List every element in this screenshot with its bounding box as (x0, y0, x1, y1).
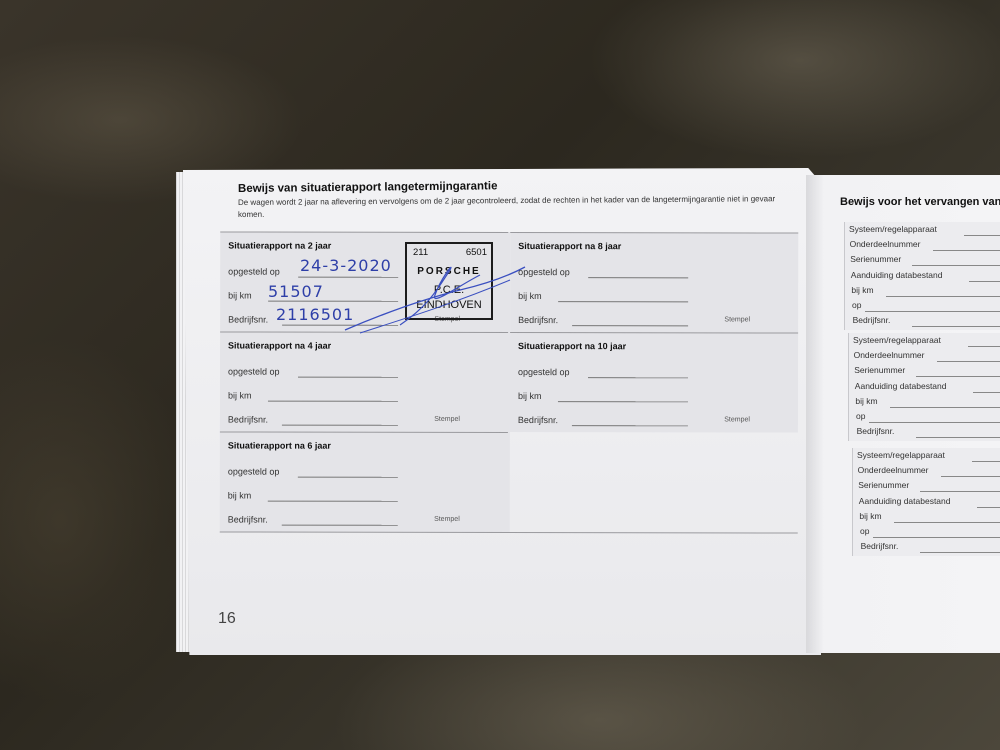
replacement-field-label: bij km (855, 396, 877, 406)
date-label: opgesteld op (228, 267, 280, 277)
handwritten-company-no: 2116501 (276, 305, 354, 324)
replacement-field-label: Serienummer (858, 480, 909, 490)
report-grid: Situatierapport na 2 jaaropgesteld opbij… (220, 231, 799, 532)
date-label: opgesteld op (228, 467, 280, 477)
km-label: bij km (518, 291, 542, 301)
km-field[interactable] (558, 301, 688, 302)
report-heading: Situatierapport na 10 jaar (518, 341, 626, 351)
replacement-field-label: Onderdeelnummer (858, 465, 929, 475)
replacement-field[interactable] (973, 392, 1000, 393)
replacement-field[interactable] (972, 461, 1000, 462)
replacement-field[interactable] (916, 376, 1000, 377)
date-field[interactable] (298, 377, 398, 378)
date-label: opgesteld op (518, 367, 570, 377)
replacement-field[interactable] (912, 326, 1000, 327)
company-field[interactable] (282, 425, 398, 426)
date-field[interactable] (588, 277, 688, 278)
replacement-field[interactable] (890, 407, 1000, 408)
stamp-line1: P.C.E. (407, 284, 491, 296)
company-field[interactable] (572, 325, 688, 326)
replacement-block: Systeem/regelapparaatOnderdeelnummerSeri… (852, 448, 1000, 556)
replacement-field-label: op (852, 300, 861, 310)
company-label: Bedrijfsnr. (518, 315, 558, 325)
replacement-field-label: bij km (851, 285, 873, 295)
replacement-field[interactable] (941, 476, 1000, 477)
stamp-brand: PORSCHE (407, 266, 491, 277)
replacement-field-label: Aanduiding databestand (851, 270, 943, 280)
company-label: Bedrijfsnr. (228, 515, 268, 525)
replacement-field-label: Systeem/regelapparaat (849, 224, 937, 234)
replacement-field-label: Bedrijfsnr. (861, 541, 899, 551)
page-number: 16 (218, 610, 236, 628)
replacement-field-label: Aanduiding databestand (859, 496, 951, 506)
replacement-field[interactable] (969, 281, 1000, 282)
replacement-field-label: Systeem/regelapparaat (857, 450, 945, 460)
date-field[interactable] (298, 477, 398, 478)
company-field[interactable] (282, 325, 398, 326)
km-field[interactable] (268, 501, 398, 502)
stamp-label: Stempel (724, 416, 750, 423)
replacement-field[interactable] (916, 437, 1000, 438)
date-label: opgesteld op (228, 367, 280, 377)
replacement-field[interactable] (977, 507, 1000, 508)
replacement-field[interactable] (964, 235, 1000, 236)
replacement-field-label: bij km (859, 511, 881, 521)
replacement-field[interactable] (920, 491, 1000, 492)
replacement-field-label: Bedrijfsnr. (853, 315, 891, 325)
km-label: bij km (228, 491, 252, 501)
replacement-field-label: Aanduiding databestand (855, 381, 947, 391)
replacement-field[interactable] (894, 522, 1000, 523)
replacement-field-label: Serienummer (854, 365, 905, 375)
replacement-field[interactable] (920, 552, 1000, 553)
right-page-title: Bewijs voor het vervangen van r (840, 196, 1000, 208)
km-label: bij km (228, 391, 252, 401)
replacement-field[interactable] (869, 422, 1000, 423)
replacement-field[interactable] (937, 361, 1000, 362)
report-cell: Situatierapport na 4 jaaropgesteld opbij… (220, 331, 508, 431)
report-heading: Situatierapport na 4 jaar (228, 341, 331, 351)
report-heading: Situatierapport na 2 jaar (228, 241, 331, 251)
stamp-label: Stempel (434, 516, 460, 523)
replacement-field-label: op (856, 411, 865, 421)
replacement-block: Systeem/regelapparaatOnderdeelnummerSeri… (844, 222, 1000, 330)
dealer-stamp: 211 6501 PORSCHE P.C.E. EINDHOVEN (405, 242, 493, 320)
report-cell: Situatierapport na 8 jaaropgesteld opbij… (510, 232, 798, 332)
replacement-block: Systeem/regelapparaatOnderdeelnummerSeri… (848, 333, 1000, 441)
replacement-field-label: Onderdeelnummer (854, 350, 925, 360)
replacement-field-label: op (860, 526, 869, 536)
stamp-code-right: 6501 (466, 247, 487, 258)
report-cell: Situatierapport na 10 jaaropgesteld opbi… (510, 332, 798, 432)
replacement-field[interactable] (968, 346, 1000, 347)
km-label: bij km (518, 391, 542, 401)
replacement-field-label: Onderdeelnummer (850, 239, 921, 249)
handwritten-km: 51507 (268, 282, 324, 301)
replacement-field[interactable] (865, 311, 1000, 312)
replacement-field-label: Serienummer (850, 254, 901, 264)
replacement-field[interactable] (873, 537, 1000, 538)
stamp-label: Stempel (434, 416, 460, 423)
date-field[interactable] (298, 277, 398, 278)
date-label: opgesteld op (518, 267, 570, 277)
report-heading: Situatierapport na 6 jaar (228, 441, 331, 451)
replacement-field-label: Bedrijfsnr. (857, 426, 895, 436)
replacement-field[interactable] (933, 250, 1000, 251)
report-heading: Situatierapport na 8 jaar (518, 241, 621, 251)
report-cell: Situatierapport na 6 jaaropgesteld opbij… (220, 431, 508, 531)
company-label: Bedrijfsnr. (228, 315, 268, 325)
company-label: Bedrijfsnr. (518, 415, 558, 425)
company-label: Bedrijfsnr. (228, 415, 268, 425)
handwritten-date: 24-3-2020 (300, 256, 392, 275)
km-field[interactable] (268, 401, 398, 402)
km-label: bij km (228, 291, 252, 301)
replacement-field-label: Systeem/regelapparaat (853, 335, 941, 345)
replacement-field[interactable] (886, 296, 1000, 297)
service-booklet: Bewijs van situatierapport langetermijng… (0, 0, 1000, 750)
date-field[interactable] (588, 377, 688, 378)
stamp-label: Stempel (724, 316, 750, 323)
stamp-code-left: 211 (413, 247, 428, 258)
intro-text: De wagen wordt 2 jaar na aflevering en v… (238, 193, 778, 221)
company-field[interactable] (282, 525, 398, 526)
stamp-line2: EINDHOVEN (407, 299, 491, 311)
replacement-field[interactable] (912, 265, 1000, 266)
company-field[interactable] (572, 425, 688, 426)
km-field[interactable] (558, 401, 688, 402)
